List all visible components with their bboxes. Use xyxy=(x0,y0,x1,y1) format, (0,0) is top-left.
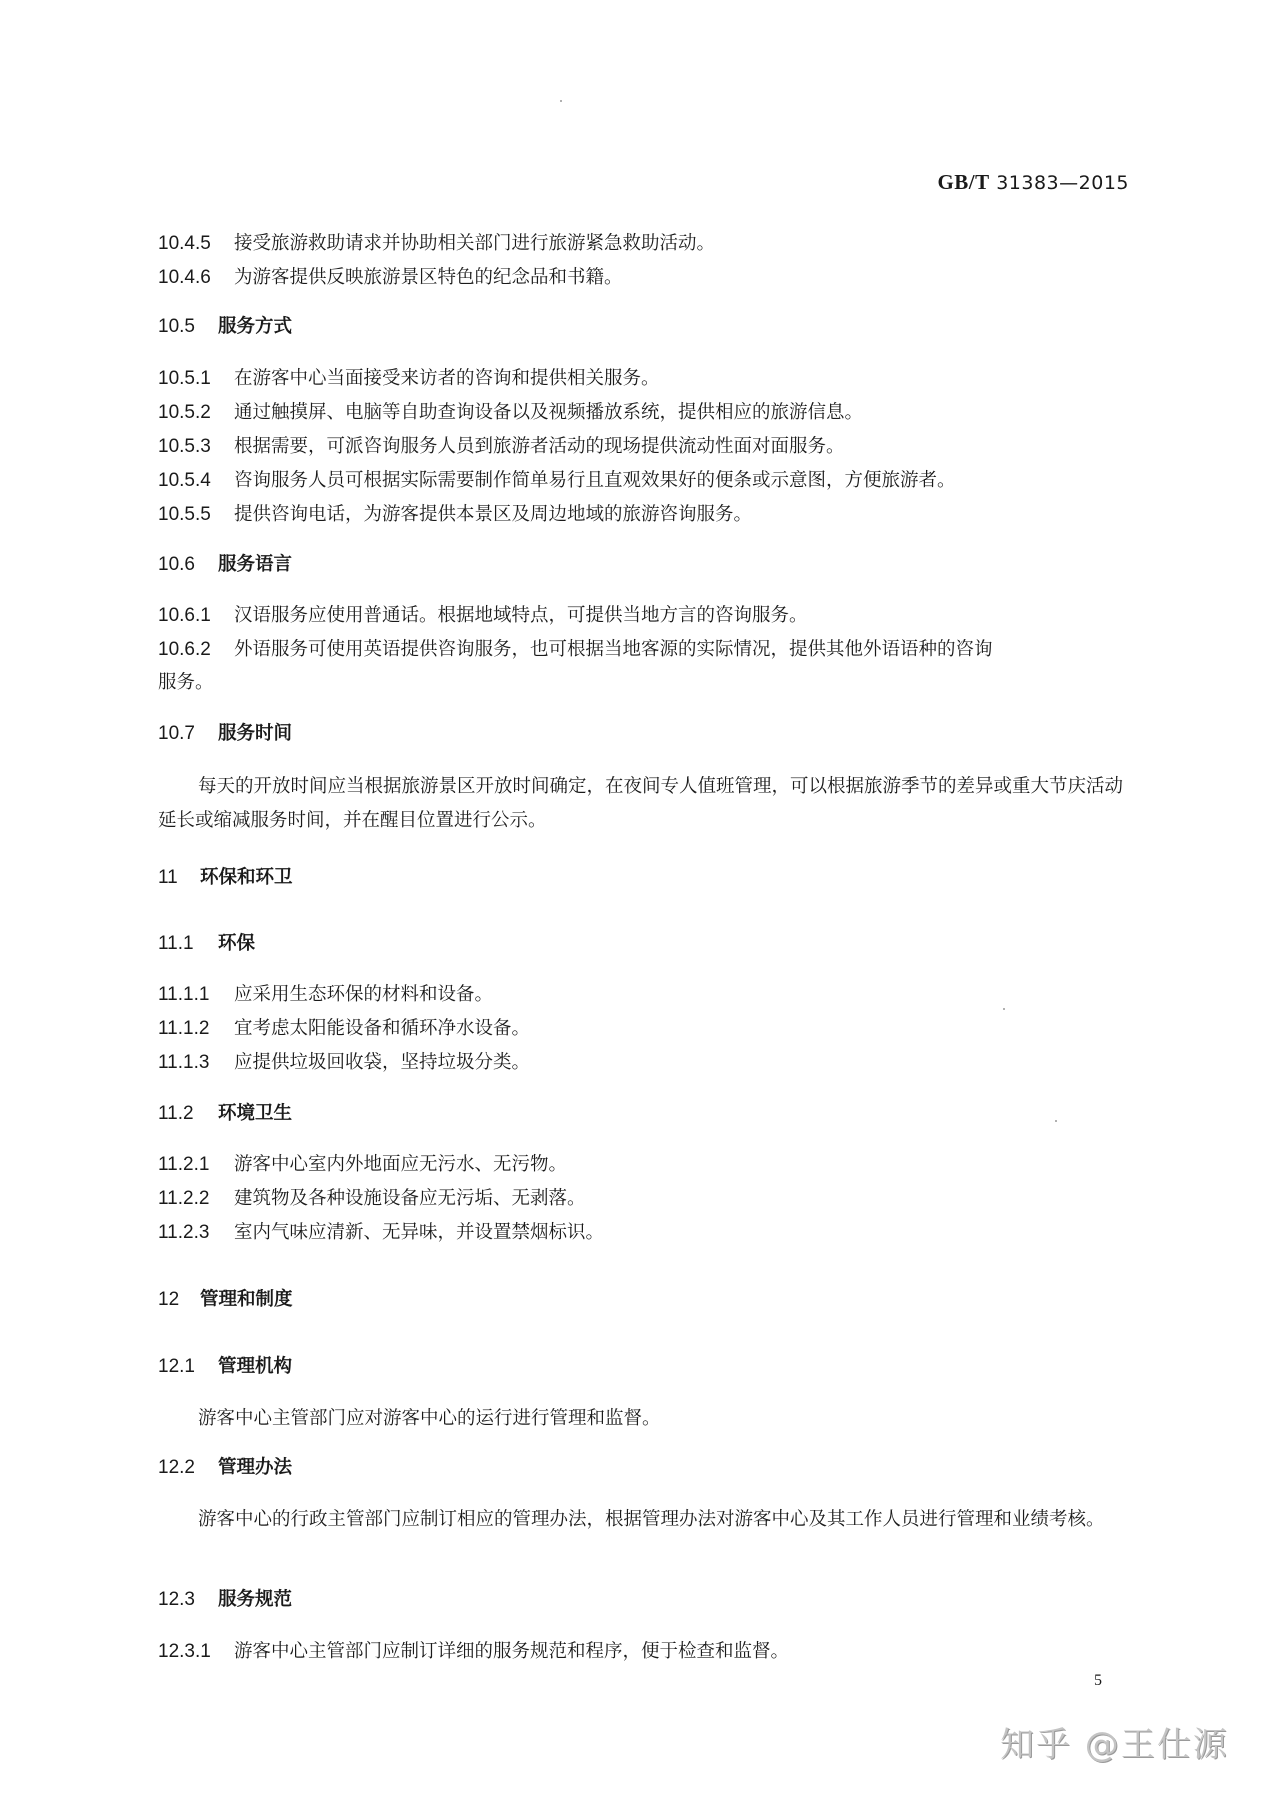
clause-11-1-2: 11.1.2宜考虑太阳能设备和循环净水设备。 xyxy=(158,1017,530,1041)
chapter-heading-11: 11环保和环卫 xyxy=(158,866,293,890)
clause-text: 根据需要，可派咨询服务人员到旅游者活动的现场提供流动性面对面服务。 xyxy=(234,436,845,457)
section-heading-12-3: 12.3服务规范 xyxy=(158,1588,292,1612)
clause-10-5-1: 10.5.1在游客中心当面接受来访者的咨询和提供相关服务。 xyxy=(158,367,660,391)
clause-text: 咨询服务人员可根据实际需要制作简单易行且直观效果好的便条或示意图，方便旅游者。 xyxy=(234,470,956,491)
clause-number: 10.5.1 xyxy=(158,367,234,391)
paragraph-management-org: 游客中心主管部门应对游客中心的运行进行管理和监督。 xyxy=(158,1402,1138,1436)
section-title: 环境卫生 xyxy=(218,1103,292,1124)
clause-number: 11.2.1 xyxy=(158,1153,234,1177)
clause-10-5-4: 10.5.4咨询服务人员可根据实际需要制作简单易行且直观效果好的便条或示意图，方… xyxy=(158,469,956,493)
section-number: 12.1 xyxy=(158,1355,218,1379)
clause-10-5-3: 10.5.3根据需要，可派咨询服务人员到旅游者活动的现场提供流动性面对面服务。 xyxy=(158,435,845,459)
clause-10-5-5: 10.5.5提供咨询电话，为游客提供本景区及周边地域的旅游咨询服务。 xyxy=(158,503,752,527)
section-title: 服务方式 xyxy=(218,316,292,337)
section-number: 10.6 xyxy=(158,553,218,577)
clause-10-4-5: 10.4.5接受旅游救助请求并协助相关部门进行旅游紧急救助活动。 xyxy=(158,232,715,256)
page-number: 5 xyxy=(1094,1672,1102,1690)
clause-text: 为游客提供反映旅游景区特色的纪念品和书籍。 xyxy=(234,267,623,288)
clause-number: 11.1.2 xyxy=(158,1017,234,1041)
clause-number: 10.6.2 xyxy=(158,638,234,662)
standard-number: 31383—2015 xyxy=(996,172,1129,194)
clause-number: 10.5.4 xyxy=(158,469,234,493)
clause-text: 汉语服务应使用普通话。根据地域特点，可提供当地方言的咨询服务。 xyxy=(234,605,808,626)
scan-speck xyxy=(1055,1120,1057,1122)
clause-text: 游客中心主管部门应制订详细的服务规范和程序，便于检查和监督。 xyxy=(234,1641,789,1662)
clause-number: 12.3.1 xyxy=(158,1640,234,1664)
chapter-number: 11 xyxy=(158,866,200,890)
chapter-heading-12: 12管理和制度 xyxy=(158,1288,293,1312)
section-number: 10.5 xyxy=(158,315,218,339)
clause-10-5-2: 10.5.2通过触摸屏、电脑等自助查询设备以及视频播放系统，提供相应的旅游信息。 xyxy=(158,401,863,425)
clause-number: 10.5.5 xyxy=(158,503,234,527)
section-title: 管理办法 xyxy=(218,1457,292,1478)
clause-text: 应提供垃圾回收袋，坚持垃圾分类。 xyxy=(234,1052,530,1073)
clause-11-1-1: 11.1.1应采用生态环保的材料和设备。 xyxy=(158,983,493,1007)
standard-prefix: GB/T xyxy=(937,170,989,194)
clause-number: 10.5.3 xyxy=(158,435,234,459)
clause-text: 在游客中心当面接受来访者的咨询和提供相关服务。 xyxy=(234,368,660,389)
section-heading-12-1: 12.1管理机构 xyxy=(158,1355,292,1379)
section-number: 11.1 xyxy=(158,932,218,956)
clause-11-1-3: 11.1.3应提供垃圾回收袋，坚持垃圾分类。 xyxy=(158,1051,530,1075)
standard-code: GB/T 31383—2015 xyxy=(937,170,1129,195)
section-heading-10-7: 10.7服务时间 xyxy=(158,722,292,746)
section-heading-11-2: 11.2环境卫生 xyxy=(158,1102,292,1126)
clause-text: 外语服务可使用英语提供咨询服务，也可根据当地客源的实际情况，提供其他外语语种的咨… xyxy=(234,639,993,660)
clause-text: 游客中心室内外地面应无污水、无污物。 xyxy=(234,1154,567,1175)
section-title: 环保 xyxy=(218,933,255,954)
clause-number: 11.2.2 xyxy=(158,1187,234,1211)
clause-number: 10.6.1 xyxy=(158,604,234,628)
clause-11-2-2: 11.2.2建筑物及各种设施设备应无污垢、无剥落。 xyxy=(158,1187,586,1211)
section-number: 12.3 xyxy=(158,1588,218,1612)
clause-10-6-1: 10.6.1汉语服务应使用普通话。根据地域特点，可提供当地方言的咨询服务。 xyxy=(158,604,808,628)
clause-text: 宜考虑太阳能设备和循环净水设备。 xyxy=(234,1018,530,1039)
section-heading-10-5: 10.5服务方式 xyxy=(158,315,292,339)
section-title: 服务时间 xyxy=(218,723,292,744)
clause-10-4-6: 10.4.6为游客提供反映旅游景区特色的纪念品和书籍。 xyxy=(158,266,623,290)
clause-text: 接受旅游救助请求并协助相关部门进行旅游紧急救助活动。 xyxy=(234,233,715,254)
clause-text: 通过触摸屏、电脑等自助查询设备以及视频播放系统，提供相应的旅游信息。 xyxy=(234,402,863,423)
clause-11-2-1: 11.2.1游客中心室内外地面应无污水、无污物。 xyxy=(158,1153,567,1177)
section-title: 服务规范 xyxy=(218,1589,292,1610)
section-number: 10.7 xyxy=(158,722,218,746)
section-heading-12-2: 12.2管理办法 xyxy=(158,1456,292,1480)
scan-speck xyxy=(1003,1008,1005,1010)
section-title: 管理机构 xyxy=(218,1356,292,1377)
scan-speck xyxy=(560,100,562,102)
section-heading-10-6: 10.6服务语言 xyxy=(158,553,292,577)
clause-continuation: 服务。 xyxy=(158,671,214,695)
clause-10-6-2: 10.6.2外语服务可使用英语提供咨询服务，也可根据当地客源的实际情况，提供其他… xyxy=(158,638,993,662)
clause-text: 室内气味应清新、无异味，并设置禁烟标识。 xyxy=(234,1222,604,1243)
clause-number: 10.4.5 xyxy=(158,232,234,256)
section-heading-11-1: 11.1环保 xyxy=(158,932,255,956)
chapter-title: 环保和环卫 xyxy=(200,867,293,888)
clause-number: 11.1.1 xyxy=(158,983,234,1007)
clause-number: 10.5.2 xyxy=(158,401,234,425)
clause-12-3-1: 12.3.1游客中心主管部门应制订详细的服务规范和程序，便于检查和监督。 xyxy=(158,1640,789,1664)
section-title: 服务语言 xyxy=(218,554,292,575)
clause-11-2-3: 11.2.3室内气味应清新、无异味，并设置禁烟标识。 xyxy=(158,1221,604,1245)
section-number: 11.2 xyxy=(158,1102,218,1126)
clause-text: 应采用生态环保的材料和设备。 xyxy=(234,984,493,1005)
clause-text: 提供咨询电话，为游客提供本景区及周边地域的旅游咨询服务。 xyxy=(234,504,752,525)
clause-number: 11.2.3 xyxy=(158,1221,234,1245)
chapter-number: 12 xyxy=(158,1288,200,1312)
chapter-title: 管理和制度 xyxy=(200,1289,293,1310)
clause-number: 10.4.6 xyxy=(158,266,234,290)
clause-number: 11.1.3 xyxy=(158,1051,234,1075)
watermark: 知乎 @王仕源 xyxy=(1000,1717,1229,1766)
paragraph-service-time: 每天的开放时间应当根据旅游景区开放时间确定，在夜间专人值班管理，可以根据旅游季节… xyxy=(158,770,1138,838)
paragraph-management-method: 游客中心的行政主管部门应制订相应的管理办法，根据管理办法对游客中心及其工作人员进… xyxy=(158,1503,1138,1537)
document-page: GB/T 31383—2015 10.4.5接受旅游救助请求并协助相关部门进行旅… xyxy=(0,0,1269,1793)
clause-text: 建筑物及各种设施设备应无污垢、无剥落。 xyxy=(234,1188,586,1209)
section-number: 12.2 xyxy=(158,1456,218,1480)
